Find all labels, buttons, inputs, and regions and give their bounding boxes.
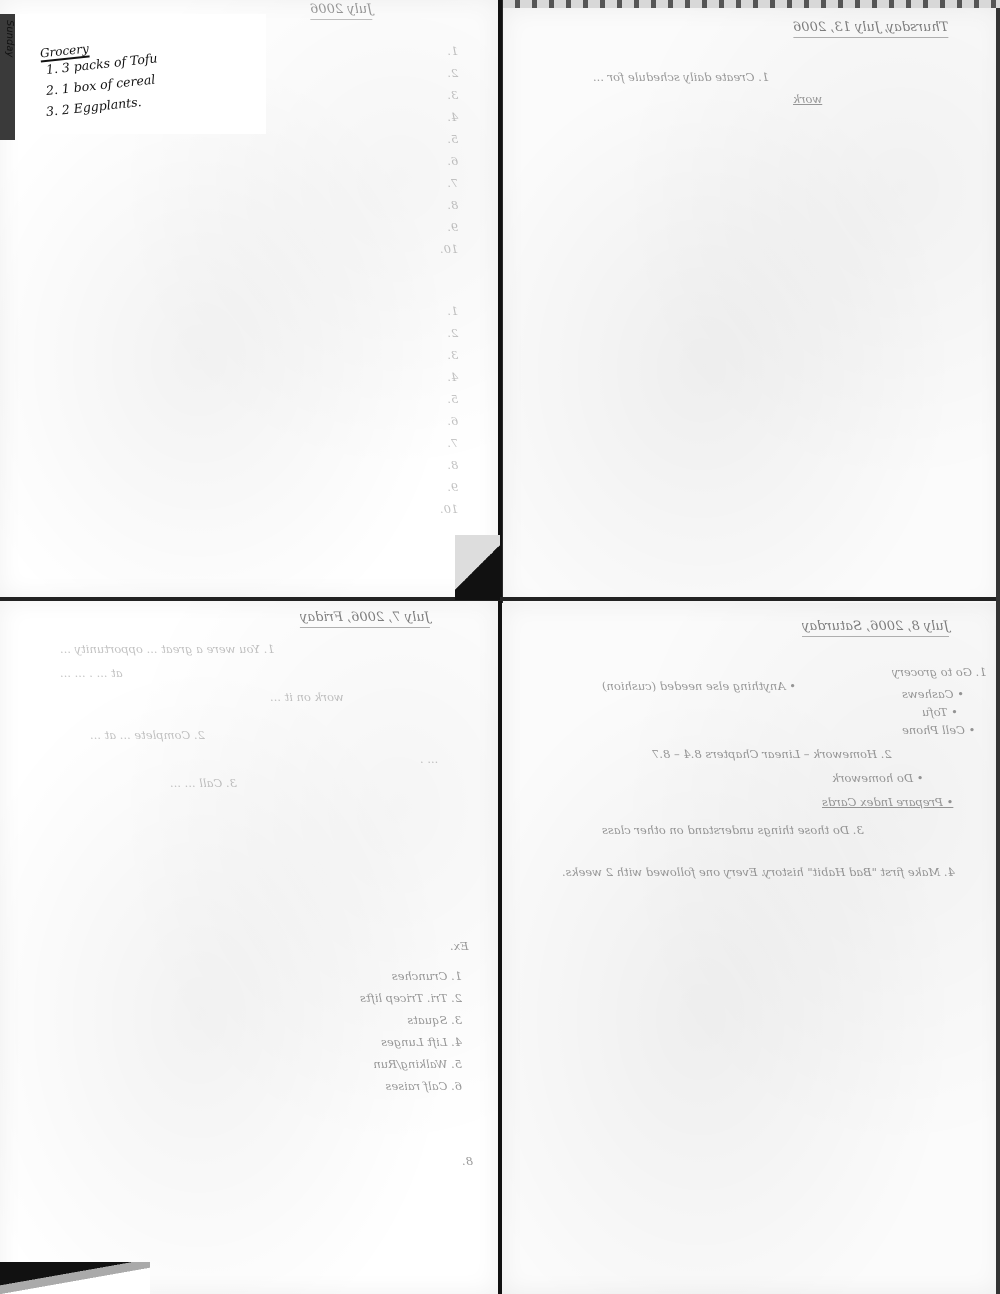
note-line: 3. Call ... ... — [170, 772, 237, 794]
exercise-header: Ex. — [450, 935, 469, 957]
page-bottom-left: July 7, 2006, Friday 1. You were a great… — [0, 600, 498, 1294]
page-top-right: Thursday, July 13, 2006 1. Create daily … — [503, 8, 1000, 608]
page-header: Thursday, July 13, 2006 — [793, 20, 948, 38]
page-header: July 2006 — [310, 2, 372, 20]
grocery-list: 1. 3 packs of Tofu 2. 1 box of cereal 3.… — [46, 62, 158, 125]
note-line: 1. Create daily schedule for ... — [593, 66, 769, 88]
page-edge — [996, 8, 1000, 1294]
page-top-left: Sunday Grocery 1. 3 packs of Tofu 2. 1 b… — [0, 0, 498, 597]
note-line: 1. You were a great ... opportunity ... — [60, 638, 275, 660]
note-line: • Do homework — [832, 767, 924, 789]
exercise-item: 6. Calf raises — [360, 1075, 462, 1097]
exercise-item: 3. Squats — [360, 1009, 462, 1031]
page-header: July 8, 2006, Saturday — [802, 619, 949, 637]
page-bottom-right: July 8, 2006, Saturday 1. Go to grocery … — [502, 603, 1000, 1294]
grocery-note: Grocery 1. 3 packs of Tofu 2. 1 box of c… — [16, 14, 266, 134]
exercise-item: 5. Walking/Run — [360, 1053, 462, 1075]
exercise-item: 4. Lift Lunges — [360, 1031, 462, 1053]
note-line: 2. Complete ... at ... — [90, 724, 205, 746]
note-line: • Anything else needed (cushion) — [602, 675, 796, 697]
note-line: 2. Homework – Linear Chapters 8.4 – 8.7 — [652, 743, 892, 765]
note-line: 1. Go to grocery — [892, 661, 987, 683]
note-line: at ... . ... ... — [60, 662, 123, 684]
note-line: 3. Do those things understand on other c… — [602, 819, 864, 841]
note-line: work on it ... — [270, 686, 344, 708]
folded-corner — [455, 535, 500, 600]
note-line: work — [793, 88, 822, 110]
exercise-list: 1. Crunches 2. Tri. Tricep lifts 3. Squa… — [360, 965, 462, 1097]
exercise-item: 2. Tri. Tricep lifts — [360, 987, 462, 1009]
left-tab: Sunday — [0, 14, 15, 140]
background-shadow — [0, 1262, 150, 1294]
note-line: 4. Make first "Bad Habit" history. Every… — [562, 861, 955, 883]
note-line: • Cell Phone — [902, 719, 975, 741]
exercise-item: 1. Crunches — [360, 965, 462, 987]
footnote: 8. — [462, 1150, 473, 1172]
note-line: ... . — [420, 748, 438, 770]
note-line: • Prepare Index Cards — [822, 791, 953, 813]
page-divider-vertical — [498, 0, 502, 1294]
faint-line-list: 1. 2. 3. 4. 5. 6. 7. 8. 9. 10. — [440, 300, 458, 520]
page-header: July 7, 2006, Friday — [300, 610, 430, 628]
page-divider-horizontal — [0, 597, 1000, 601]
faint-line-list: 1. 2. 3. 4. 5. 6. 7. 8. 9. 10. — [440, 40, 458, 260]
